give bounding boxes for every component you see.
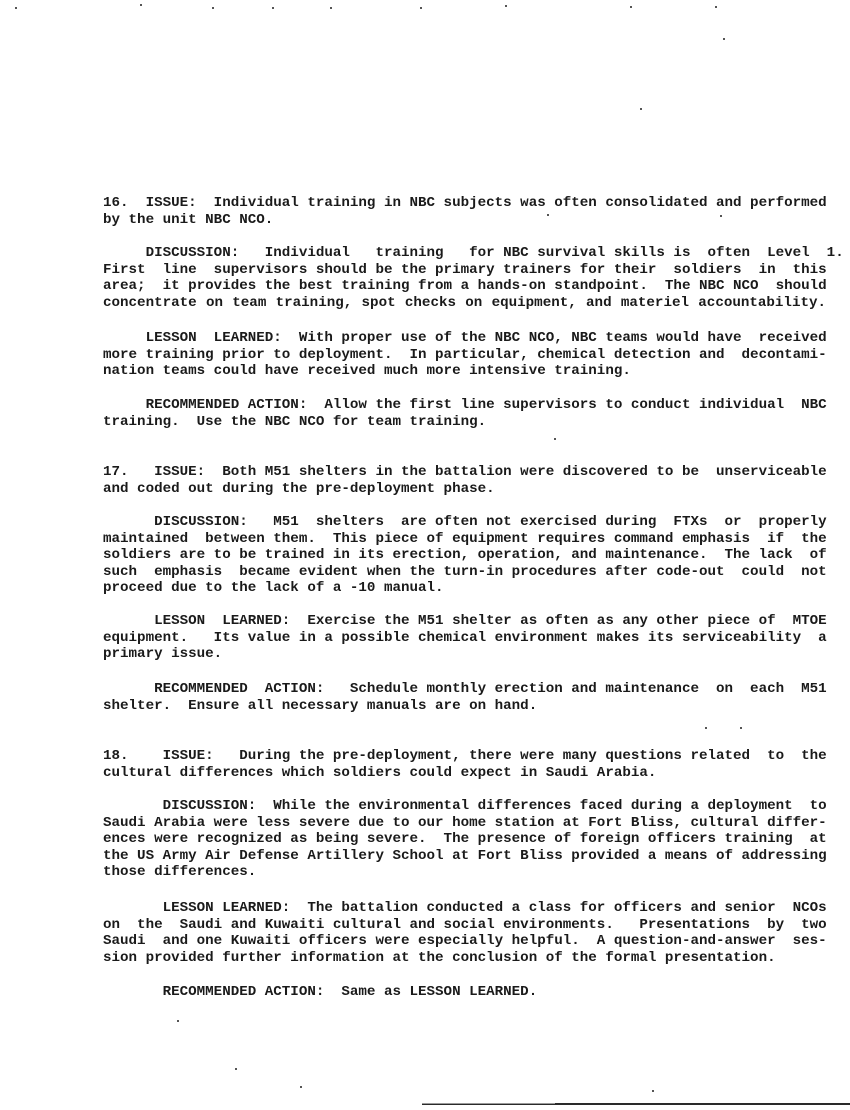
text-line: LESSON LEARNED: The battalion conducted … [103,900,826,917]
scan-speck [300,1086,302,1088]
section-16-lesson-learned: LESSON LEARNED: With proper use of the N… [103,330,826,380]
text-line: DISCUSSION: While the environmental diff… [103,798,826,815]
scan-speck [740,727,742,729]
section-18-lesson-learned: LESSON LEARNED: The battalion conducted … [103,900,826,966]
text-line: nation teams could have received much mo… [103,363,826,380]
text-line: proceed due to the lack of a -10 manual. [103,580,826,597]
scan-speck [554,438,556,440]
text-line: and coded out during the pre-deployment … [103,481,826,498]
text-line: 17. ISSUE: Both M51 shelters in the batt… [103,464,826,481]
scan-speck [705,727,707,729]
scan-speck [547,214,549,216]
section-18-issue: 18. ISSUE: During the pre-deployment, th… [103,748,826,781]
document-page: 16. ISSUE: Individual training in NBC su… [0,0,850,1110]
section-17-discussion: DISCUSSION: M51 shelters are often not e… [103,514,826,597]
section-16-discussion: DISCUSSION: Individual training for NBC … [103,245,826,311]
scan-speck [177,1020,179,1022]
scan-speck [140,4,142,6]
section-17-lesson-learned: LESSON LEARNED: Exercise the M51 shelter… [103,613,826,663]
text-line: 18. ISSUE: During the pre-deployment, th… [103,748,826,765]
scan-speck [652,1090,654,1092]
text-line: shelter. Ensure all necessary manuals ar… [103,698,826,715]
text-line: sion provided further information at the… [103,950,826,967]
scan-speck [272,7,274,9]
section-18-discussion: DISCUSSION: While the environmental diff… [103,798,826,881]
scan-speck [235,1068,237,1070]
text-line: by the unit NBC NCO. [103,212,826,229]
text-line: equipment. Its value in a possible chemi… [103,630,826,647]
footer-rule-faint-segment [422,1103,555,1104]
text-line: Saudi and one Kuwaiti officers were espe… [103,933,826,950]
scan-speck [630,6,632,8]
text-line: First line supervisors should be the pri… [103,262,826,279]
scan-speck [640,108,642,110]
text-line: RECOMMENDED ACTION: Schedule monthly ere… [103,681,826,698]
text-line: such emphasis became evident when the tu… [103,564,826,581]
text-line: the US Army Air Defense Artillery School… [103,848,826,865]
scan-speck [505,5,507,7]
section-18-recommended-action: RECOMMENDED ACTION: Same as LESSON LEARN… [103,984,826,1001]
scan-speck [212,7,214,9]
text-line: cultural differences which soldiers coul… [103,765,826,782]
text-line: Saudi Arabia were less severe due to our… [103,815,826,832]
text-line: maintained between them. This piece of e… [103,531,826,548]
text-line: 16. ISSUE: Individual training in NBC su… [103,195,826,212]
text-line: RECOMMENDED ACTION: Allow the first line… [103,397,826,414]
text-line: RECOMMENDED ACTION: Same as LESSON LEARN… [103,984,826,1001]
text-line: more training prior to deployment. In pa… [103,347,826,364]
text-line: those differences. [103,864,826,881]
section-16-recommended-action: RECOMMENDED ACTION: Allow the first line… [103,397,826,430]
footer-rule [422,1103,850,1105]
text-line: ences were recognized as being severe. T… [103,831,826,848]
scan-speck [15,7,17,9]
text-line: area; it provides the best training from… [103,278,826,295]
text-line: LESSON LEARNED: With proper use of the N… [103,330,826,347]
scan-speck [720,215,722,217]
scan-speck [715,6,717,8]
text-line: concentrate on team training, spot check… [103,295,826,312]
text-line: on the Saudi and Kuwaiti cultural and so… [103,917,826,934]
section-17-recommended-action: RECOMMENDED ACTION: Schedule monthly ere… [103,681,826,714]
section-17-issue: 17. ISSUE: Both M51 shelters in the batt… [103,464,826,497]
text-line: DISCUSSION: Individual training for NBC … [103,245,826,262]
scan-speck [723,38,725,40]
text-line: DISCUSSION: M51 shelters are often not e… [103,514,826,531]
text-line: primary issue. [103,646,826,663]
section-16-issue: 16. ISSUE: Individual training in NBC su… [103,195,826,228]
text-line: LESSON LEARNED: Exercise the M51 shelter… [103,613,826,630]
text-line: training. Use the NBC NCO for team train… [103,414,826,431]
scan-speck [330,7,332,9]
scan-speck [420,7,422,9]
text-line: soldiers are to be trained in its erecti… [103,547,826,564]
